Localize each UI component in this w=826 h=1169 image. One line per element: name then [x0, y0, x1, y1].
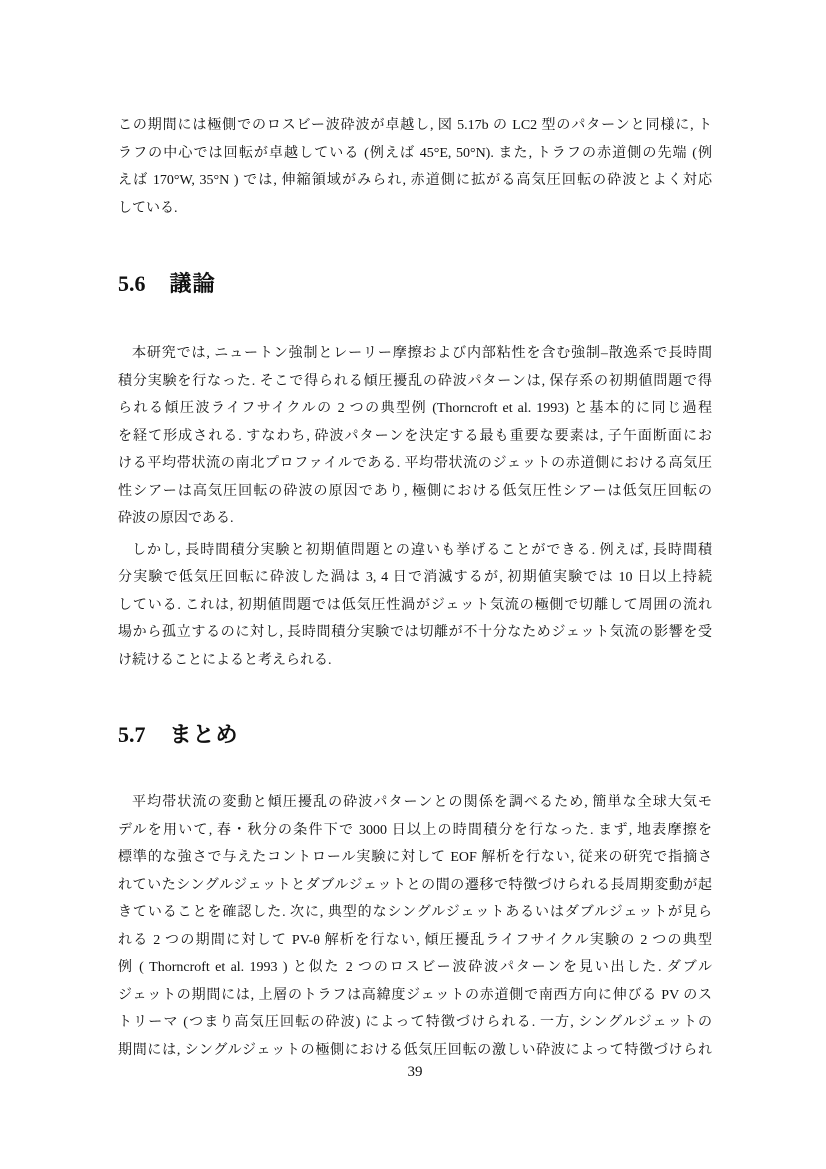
body-line: しかし, 長時間積分実験と初期値問題との違いも挙げることができる. 例えば, 長…: [118, 537, 712, 565]
body-line: を経て形成される. すなわち, 砕波パターンを決定する最も重要な要素は, 子午面…: [118, 423, 712, 451]
paragraph-summary-1: 平均帯状流の変動と傾圧擾乱の砕波パターンとの関係を調べるため, 簡単な全球大気モ…: [118, 789, 712, 1064]
body-line: 積分実験を行なった. そこで得られる傾圧擾乱の砕波パターンは, 保存系の初期値問…: [118, 368, 712, 396]
section-title: 議論: [170, 271, 216, 296]
body-line: け続けることによると考えられる.: [118, 647, 712, 675]
body-line: 分実験で低気圧回転に砕波した渦は 3, 4 日で消滅するが, 初期値実験では 1…: [118, 564, 712, 592]
paragraph-discussion-2: しかし, 長時間積分実験と初期値問題との違いも挙げることができる. 例えば, 長…: [118, 537, 712, 675]
body-line: 場から孤立するのに対し, 長時間積分実験では切離が不十分なためジェット気流の影響…: [118, 619, 712, 647]
section-number: 5.6: [118, 271, 146, 296]
document-page: この期間には極側でのロスビー波砕波が卓越し, 図 5.17b の LC2 型のパ…: [0, 0, 826, 1169]
body-line: している. これは, 初期値問題では低気圧性渦がジェット気流の極側で切離して周囲…: [118, 592, 712, 620]
text-block: この期間には極側でのロスビー波砕波が卓越し, 図 5.17b の LC2 型のパ…: [118, 112, 712, 1064]
body-line: デルを用いて, 春・秋分の条件下で 3000 日以上の時間積分を行なった. まず…: [118, 817, 712, 845]
body-line: 標準的な強さで与えたコントロール実験に対して EOF 解析を行ない, 従来の研究…: [118, 844, 712, 872]
body-line: ジェットの期間には, 上層のトラフは高緯度ジェットの赤道側で南西方向に伸びる P…: [118, 982, 712, 1010]
section-heading-5-7: 5.7まとめ: [118, 719, 712, 751]
section-number: 5.7: [118, 722, 146, 747]
body-line: ラフの中心では回転が卓越している (例えば 45°E, 50°N). また, ト…: [118, 140, 712, 168]
body-line: ける平均帯状流の南北プロファイルである. 平均帯状流のジェットの赤道側における高…: [118, 450, 712, 478]
body-line: きていることを確認した. 次に, 典型的なシングルジェットあるいはダブルジェット…: [118, 899, 712, 927]
body-line: 期間には, シングルジェットの極側における低気圧回転の激しい砕波によって特徴づけ…: [118, 1037, 712, 1065]
body-line: この期間には極側でのロスビー波砕波が卓越し, 図 5.17b の LC2 型のパ…: [118, 112, 712, 140]
body-line: られる傾圧波ライフサイクルの 2 つの典型例 (Thorncroft et al…: [118, 395, 712, 423]
body-line: れる 2 つの期間に対して PV-θ 解析を行ない, 傾圧擾乱ライフサイクル実験…: [118, 927, 712, 955]
body-line: れていたシングルジェットとダブルジェットとの間の遷移で特徴づけられる長周期変動が…: [118, 872, 712, 900]
body-line: トリーマ (つまり高気圧回転の砕波) によって特徴づけられる. 一方, シングル…: [118, 1009, 712, 1037]
body-line: えば 170°W, 35°N ) では, 伸縮領域がみられ, 赤道側に拡がる高気…: [118, 167, 712, 195]
body-line: 砕波の原因である.: [118, 505, 712, 533]
section-heading-5-6: 5.6議論: [118, 268, 712, 300]
body-line: 本研究では, ニュートン強制とレーリー摩擦および内部粘性を含む強制–散逸系で長時…: [118, 340, 712, 368]
section-title: まとめ: [170, 722, 239, 747]
paragraph-discussion-1: 本研究では, ニュートン強制とレーリー摩擦および内部粘性を含む強制–散逸系で長時…: [118, 340, 712, 533]
body-line: 例 ( Thorncroft et al. 1993 ) と似た 2 つのロスビ…: [118, 954, 712, 982]
body-line: 平均帯状流の変動と傾圧擾乱の砕波パターンとの関係を調べるため, 簡単な全球大気モ: [118, 789, 712, 817]
intro-paragraph: この期間には極側でのロスビー波砕波が卓越し, 図 5.17b の LC2 型のパ…: [118, 112, 712, 222]
page-number: 39: [118, 1062, 712, 1082]
body-line: 性シアーは高気圧回転の砕波の原因であり, 極側における低気圧性シアーは低気圧回転…: [118, 478, 712, 506]
body-line: している.: [118, 195, 712, 223]
